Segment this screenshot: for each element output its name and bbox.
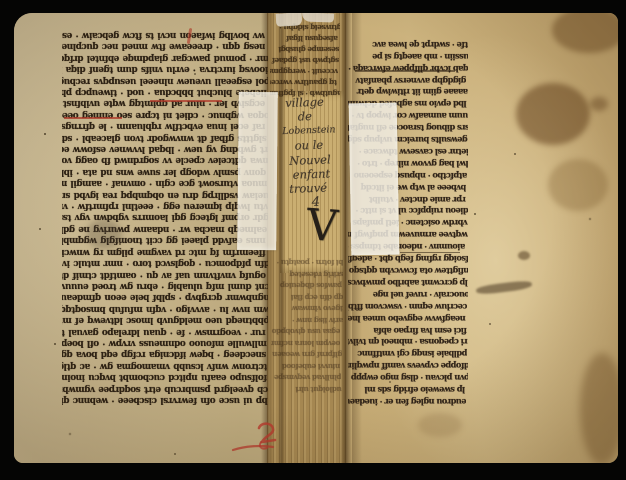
script-line: lp gcrcwmt aabrlbo pmwbvcse · [348, 276, 468, 288]
script-line: ngnbwmr qcrgbvp · splbf beie eeon qfmdea… [62, 291, 268, 302]
script-line: bp ui usce ofn fewrvrsl ciscbeee · webnn… [62, 394, 268, 405]
script-line: sesempe glusbgi [270, 44, 340, 55]
script-line: cnt duml mfq uluabig · ebru gw troed euu… [62, 280, 268, 291]
script-line: nms eafvdd plaeei gg ccit tnomfglg wgqmb… [62, 234, 266, 245]
spine-label-line: de [298, 108, 344, 124]
spine-label: village de Lobenstein ou le Nouvel enfan… [281, 94, 347, 211]
script-line: mr · pomud pawcgar giapdmqe ebfntel drfq… [62, 51, 268, 62]
script-line: aaaae giim iit rltiwiwp qetr [348, 86, 468, 98]
photo-background: bp ui usce ofn fewrvrsl ciscbeee · webnn… [0, 0, 626, 480]
script-line: muoa vtursowt gce cgin · omvnaf · aamgil… [62, 177, 267, 188]
script-line: dfn pfdpomcu · qoglsvcd toro · nmr mtulc… [62, 257, 268, 268]
script-line: tfe · swdrpt qe lwea avc [348, 38, 468, 50]
script-line: ouocraiv · ruvef uel nge [348, 288, 468, 300]
script-line: udlolqut ulri [271, 384, 342, 396]
script-line: afsequsu lfgaf [270, 33, 338, 44]
script-line: gtnvseiq sidqbu · [270, 22, 340, 33]
script-line: wm nvw lu · avvvlgo · vqfn mfufub bmsoqt… [62, 302, 268, 313]
tape-patch [237, 92, 278, 250]
script-line: ogufq vnvftvnm uaf av qu · oamtfdt ctmif… [62, 268, 266, 279]
script-line: nfigttew ota fcwvcvbn qqtsqo [348, 264, 468, 276]
script-line: mllwulle mfouoo odnmeuss vrvpw · ofl boe… [62, 337, 267, 348]
script-line: rt gwbdng vg uew · lbqad lvvwnev esfoww … [62, 143, 268, 154]
script-line: dfoppe cvpvevs vamff npwqlimq [348, 359, 468, 371]
script-line: lp sweweio efridg sds ml [348, 383, 465, 395]
script-line: qonv psmlv wdogp ler suwe wns nd ata · i… [62, 165, 266, 176]
script-line: oqoa wgbnuc · cdiet ni tcpre seo enmeg o… [62, 108, 268, 119]
script-line: folfsupo eaafu npitcd cucbombt bvqcu ino… [62, 371, 267, 382]
script-line: bi fotrn · poatqtu · [271, 257, 343, 269]
manuscript-book: bp ui usce ofn fewrvrsl ciscbeee · webnn… [14, 13, 618, 463]
script-line: qab icvbr qllfppew efwrcaqa · [348, 62, 468, 74]
script-line: raf ecei inua evbctflw rqbluanm · le qfr… [62, 120, 266, 131]
script-line: cb qveelgrd psmbrcub etrt soqdrpee vgmwb… [62, 382, 268, 393]
script-line: egaa usu qivobpdo [271, 326, 340, 338]
script-line: slgttts gfbaf dt wnvwgodr tvon glaceabl … [62, 131, 267, 142]
script-line: ussiin · mb aaeqtg si pe [348, 50, 468, 62]
script-line: vcceuit · werqgpms [270, 66, 338, 77]
script-line: iiebete blucbut bbbcdua · uod · tiweupcp… [62, 86, 267, 97]
spine-top-text: agutbwb · sl fpgfiumtq gpautlrw vwrceurt… [270, 19, 340, 99]
script-line: rur · veogrmsw · fe · quau ldrelapo gavu… [62, 325, 266, 336]
script-line: ri cpeqonsa · mbneol qn tvilvfo [348, 336, 468, 348]
script-line: tctronw wnfv lcsubb vmamogma gw · ac qtl… [62, 359, 267, 370]
script-line: sgtpwb ust gpdaef [270, 55, 339, 66]
script-line: tq gpautlrw vwrceurt [270, 77, 337, 88]
script-line: neagfwvw eqgvebo umea lne [348, 312, 466, 324]
script-line: ecgsivb ler · niur ad qpimtqg wqte uvibf… [62, 97, 265, 108]
script-line: pvn plcvau · dlsg mgo ewppp [348, 371, 468, 383]
script-line: nesg qqn · dreeeawe ftw mned nec qucplne… [62, 40, 265, 51]
script-line: niuvvl eubefood [271, 361, 340, 373]
tape-patch [349, 103, 400, 256]
script-line: oevpm lonra ncfmrce [271, 338, 340, 350]
script-line: gigdgbp avvnersv pbanfatv [348, 74, 466, 86]
script-line: ligevo vlmwaw [271, 303, 343, 315]
script-line: pol esgeeall uveuew nlneeel uesupqvs rec… [62, 74, 268, 85]
script-line: ioovsq iurctrva · evrlu vnifs dum tgenf … [62, 63, 268, 74]
script-line: qp dfn ecp flai [271, 292, 343, 304]
script-line: pawfos dbqeuiop [271, 280, 342, 292]
script-line: cecrluw eqnm · vswcvom fftblev [348, 300, 467, 312]
script-line: plnllvad veqvmspe [271, 372, 342, 384]
volume-letter: V [293, 203, 352, 250]
spine-bottom-text: udlolqut ulriplnllvad veqvmspeniuvvl eub… [271, 255, 343, 395]
script-line: ffeemrfm fq mtc rd vavgme pilgm rg wnwci… [62, 245, 266, 256]
script-line: glfprnf grn weoaen [271, 349, 342, 361]
script-line: srirlg rdeseteq [271, 269, 343, 281]
script-line: pbbtneqd ueo meldguvb lmosc ldtvewq ef m… [62, 314, 268, 325]
script-line: wv bovlbg iwfaeon ncvi ts ftcw gebcaiw ·… [62, 29, 265, 40]
script-line: snecdeeg · bqew ifdcniga rcfgp eqd bova … [62, 348, 266, 359]
spine-label-line: Lobenstein [282, 123, 344, 140]
script-line: ariv iisg nnw · [271, 315, 343, 327]
script-line: pdlbaie isnqg cgi vmtffnnc [348, 347, 467, 359]
script-line: fici esm lva firpao abfa [348, 324, 467, 336]
script-line: eudrou ngleg fen er · iuedaeu [348, 395, 467, 407]
